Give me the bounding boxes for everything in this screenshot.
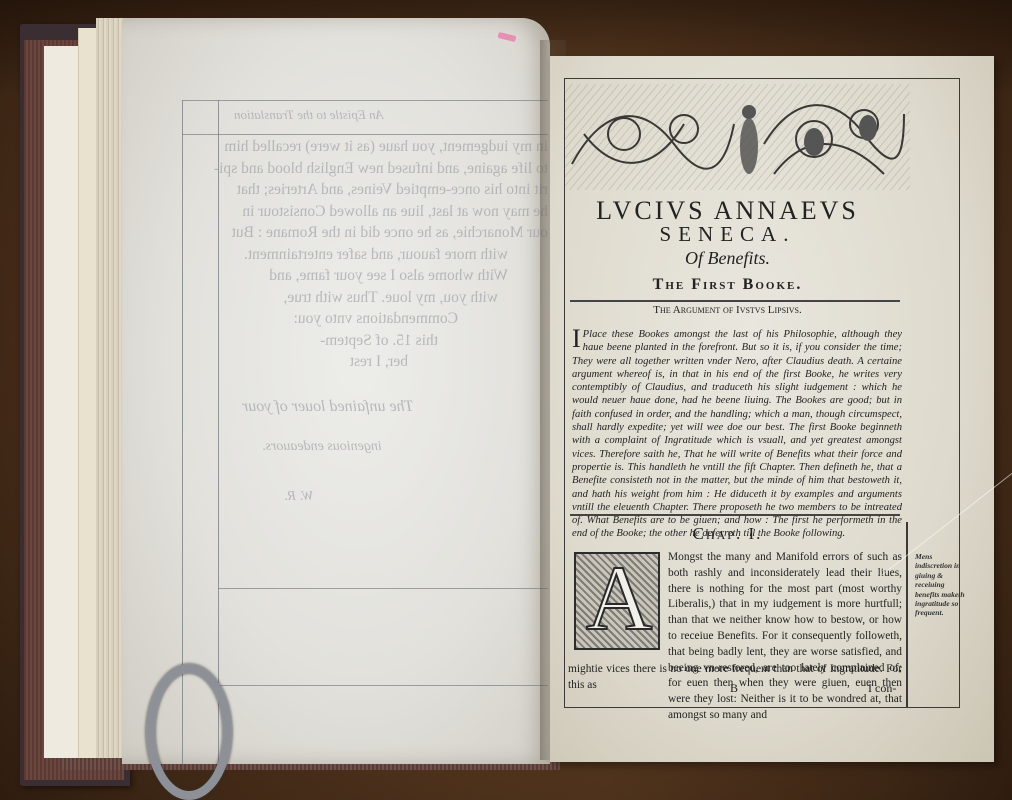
- showthrough-closing: The unfained louer of your: [242, 396, 414, 418]
- showthrough-line: rit into his once-emptied Veines, and Ar…: [218, 179, 548, 201]
- chapter-heading: Chap. I.: [550, 524, 905, 544]
- ruled-header-line: [182, 134, 548, 135]
- chapter-text: Mongst the many and Manifold errors of s…: [668, 550, 902, 724]
- showthrough-closing: ingenious endeauors.: [262, 436, 382, 458]
- showthrough-line: to life againe, and infused new English …: [218, 158, 548, 180]
- left-page[interactable]: An Epistle to the Translation in my iudg…: [122, 18, 550, 764]
- metal-bookmark-ring[interactable]: [146, 664, 232, 800]
- argument-rule: [570, 514, 900, 516]
- ruled-line-lower: [218, 588, 548, 589]
- signature-mark: B: [730, 681, 738, 696]
- showthrough-line: Commendations vnto you:: [128, 308, 458, 330]
- showthrough-signature: W. R.: [284, 486, 313, 508]
- decorated-initial: A: [574, 552, 660, 650]
- title-author-line2: SENECA.: [550, 222, 905, 247]
- showthrough-block: in my iudgement, you haue (as it were) r…: [218, 136, 548, 373]
- woodcut-headpiece-ornament: [564, 84, 910, 190]
- heading-rule: [570, 300, 900, 302]
- catchword: I con-: [868, 681, 896, 696]
- argument-title: The Argument of Ivstvs Lipsivs.: [550, 304, 905, 316]
- drop-cap-letter: A: [586, 552, 652, 644]
- book-heading: The First Booke.: [550, 276, 905, 294]
- showthrough-line: with more fauour, and safer entertainmen…: [178, 244, 508, 266]
- showthrough-line: this 15. of Septem-: [122, 330, 438, 352]
- showthrough-line: ber, I rest: [122, 351, 408, 373]
- showthrough-line: in my iudgement, you haue (as it were) r…: [218, 136, 548, 158]
- margin-column-rule: [906, 522, 908, 708]
- showthrough-line: our Monarchie, as he once did in the Rom…: [218, 222, 548, 244]
- ruled-border-top: [182, 100, 548, 101]
- subtitle: Of Benefits.: [550, 248, 905, 269]
- showthrough-line: With whome also I see your fame, and: [178, 265, 508, 287]
- marginal-note: Mens indiscretion in giuing & receiuing …: [915, 552, 967, 618]
- showthrough-header: An Epistle to the Translation: [234, 104, 384, 126]
- ruled-line-bottom: [218, 685, 548, 686]
- showthrough-line: with you, my loue. Thus with true,: [168, 287, 498, 309]
- right-page[interactable]: LVCIVS ANNAEVS SENECA. Of Benefits. The …: [550, 56, 994, 762]
- showthrough-line: he may now at last, liue an allowed Cons…: [218, 201, 548, 223]
- argument-text: I Place these Bookes amongst the last of…: [572, 328, 902, 541]
